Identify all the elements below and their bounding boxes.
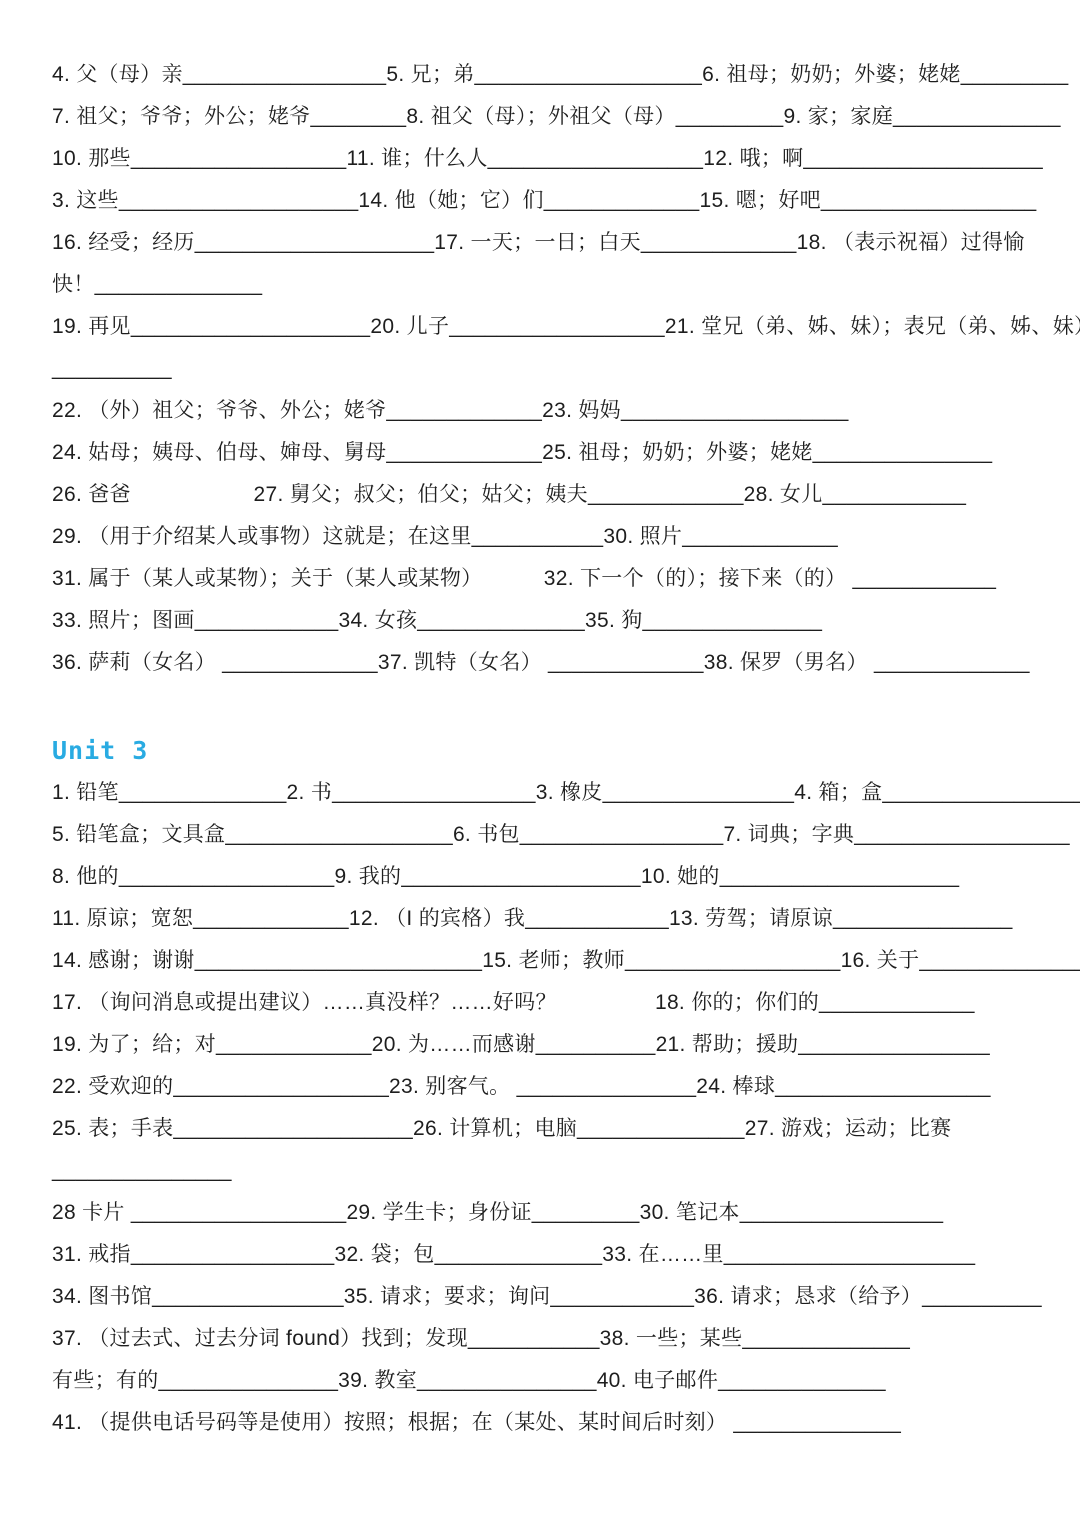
vocab-line: 有些；有的_______________39. 教室______________… [52,1360,1040,1402]
vocab-line: 19. 为了；给；对_____________20. 为……而感谢_______… [52,1024,1040,1066]
vocab-section-unit2: 4. 父（母）亲_________________5. 兄；弟_________… [52,54,1040,684]
vocab-line: 25. 表；手表____________________26. 计算机；电脑__… [52,1108,1040,1150]
vocab-line: 22. 受欢迎的__________________23. 别客气。 _____… [52,1066,1040,1108]
vocab-line: 10. 那些__________________11. 谁；什么人_______… [52,138,1040,180]
vocab-line: 31. 戒指_________________32. 袋；包__________… [52,1234,1040,1276]
vocab-line: 5. 铅笔盒；文具盒___________________6. 书包______… [52,814,1040,856]
vocab-line: 37. （过去式、过去分词 found）找到；发现___________38. … [52,1318,1040,1360]
vocab-line: 8. 他的__________________9. 我的____________… [52,856,1040,898]
vocab-line: 22. （外）祖父；爷爷、外公；姥爷_____________23. 妈妈___… [52,390,1040,432]
vocab-line: 36. 萨莉（女名） _____________37. 凯特（女名） _____… [52,642,1040,684]
vocab-line: 3. 这些____________________14. 他（她；它）们____… [52,180,1040,222]
vocab-line: 11. 原谅；宽恕_____________12. （I 的宾格）我______… [52,898,1040,940]
unit3-heading: Unit 3 [52,730,1040,772]
vocab-line: 4. 父（母）亲_________________5. 兄；弟_________… [52,54,1040,96]
vocab-line: 41. （提供电话号码等是使用）按照；根据；在（某处、某时间后时刻） _____… [52,1402,1040,1444]
vocab-line: 33. 照片；图画____________34. 女孩_____________… [52,600,1040,642]
vocab-line: 26. 爸爸 27. 舅父；叔父；伯父；姑父；姨夫_____________28… [52,474,1040,516]
vocab-line: 29. （用于介绍某人或事物）这就是；在这里___________30. 照片_… [52,516,1040,558]
worksheet-content: 4. 父（母）亲_________________5. 兄；弟_________… [52,54,1040,1444]
vocab-line: 7. 祖父；爷爷；外公；姥爷________8. 祖父（母）；外祖父（母）___… [52,96,1040,138]
vocab-line: _______________ [52,1150,1040,1192]
vocab-section-unit3: 1. 铅笔______________2. 书_________________… [52,772,1040,1444]
vocab-line: 31. 属于（某人或某物）；关于（某人或某物） 32. 下一个（的）；接下来（的… [52,558,1040,600]
vocab-line: 19. 再见____________________20. 儿子________… [52,306,1040,348]
vocab-line: 14. 感谢；谢谢________________________15. 老师；… [52,940,1040,982]
vocab-line: 24. 姑母；姨母、伯母、婶母、舅母_____________25. 祖母；奶奶… [52,432,1040,474]
vocab-line: 28 卡片 __________________29. 学生卡；身份证_____… [52,1192,1040,1234]
vocab-line: 1. 铅笔______________2. 书_________________… [52,772,1040,814]
vocab-line: 16. 经受；经历____________________17. 一天；一日；白… [52,222,1040,264]
vocab-line: __________ [52,348,1040,390]
vocab-line: 34. 图书馆________________35. 请求；要求；询问_____… [52,1276,1040,1318]
vocab-line: 17. （询问消息或提出建议）……真没样？……好吗？ 18. 你的；你们的___… [52,982,1040,1024]
vocab-line: 快！______________ [52,264,1040,306]
worksheet-page: 4. 父（母）亲_________________5. 兄；弟_________… [0,0,1080,1526]
